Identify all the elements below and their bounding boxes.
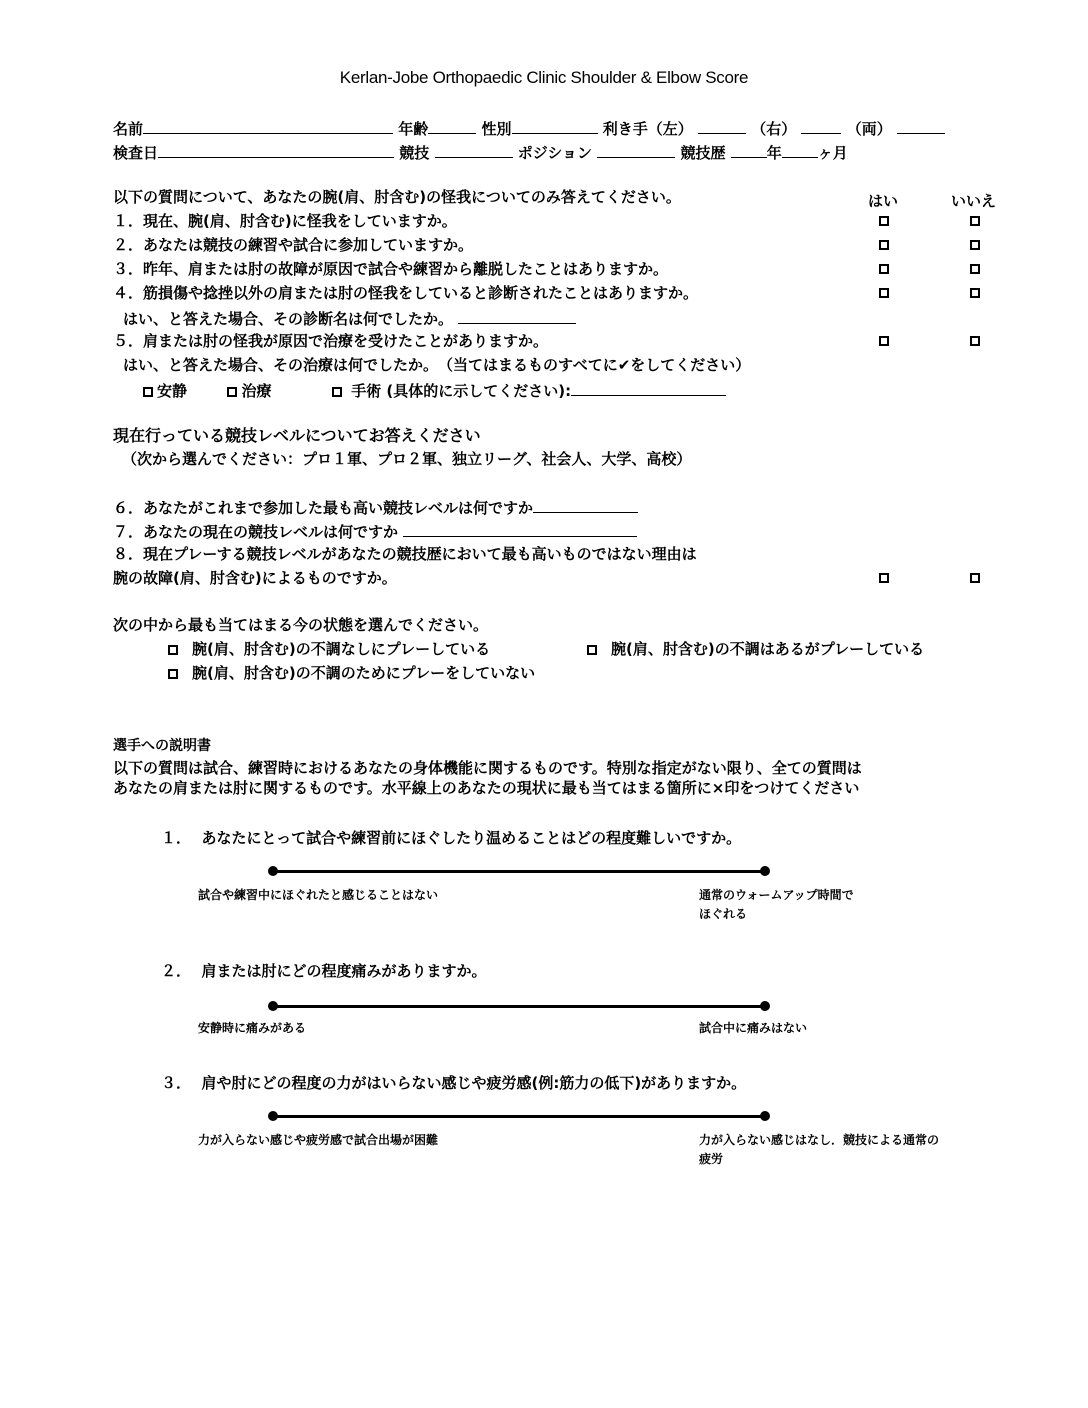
q5-no-checkbox[interactable]	[970, 336, 980, 346]
scale-1-left-endpoint-icon	[268, 866, 278, 876]
diagnosis-field[interactable]	[458, 310, 576, 324]
instructions-heading: 選手への説明書	[113, 739, 211, 753]
name-label: 名前	[113, 120, 143, 138]
status-option-1[interactable]: 腕(肩、肘含む)の不調なしにプレーしている	[168, 642, 490, 657]
level-options-hint: （次から選んでください：プロ１軍、プロ２軍、独立リーグ、社会人、大学、高校）	[122, 452, 691, 467]
scale-q1-text: あなたにとって試合や練習前にほぐしたり温めることはどの程度難しいですか。	[201, 829, 741, 847]
experience-months-field[interactable]	[782, 144, 818, 158]
q7-label: ７．あなたの現在の競技レベルは何ですか	[113, 523, 398, 541]
status-prompt: 次の中から最も当てはまる今の状態を選んでください。	[113, 618, 488, 633]
status-option-2-checkbox[interactable]	[587, 645, 597, 655]
position-label: ポジション	[518, 144, 592, 162]
scale-2-right-endpoint-icon	[760, 1001, 770, 1011]
question-2: ２．あなたは競技の練習や試合に参加していますか。	[113, 238, 473, 253]
status-option-3-checkbox[interactable]	[168, 669, 178, 679]
q4-followup: はい、と答えた場合、その診断名は何でしたか。	[123, 310, 576, 327]
q1-no-checkbox[interactable]	[970, 216, 980, 226]
scale-2-left-anchor: 安静時に痛みがある	[198, 1019, 448, 1038]
q5-yes-checkbox[interactable]	[879, 336, 889, 346]
sex-field[interactable]	[512, 120, 598, 134]
experience-label: 競技歴	[681, 144, 726, 162]
instructions-line-1: 以下の質問は試合、練習時におけるあなたの身体機能に関するものです。特別な指定がな…	[113, 761, 862, 776]
experience-years-field[interactable]	[731, 144, 767, 158]
scale-question-2: ２． 肩または肘にどの程度痛みがありますか。	[161, 964, 486, 979]
injury-instruction: 以下の質問について、あなたの腕(肩、肘含む)の怪我についてのみ答えてください。	[113, 190, 681, 205]
exam-date-field[interactable]	[158, 144, 394, 158]
scale-q2-number: ２．	[161, 962, 191, 980]
treatment-options: 安静 治療 手術 (具体的に示してください):	[143, 382, 726, 399]
exam-date-label: 検査日	[113, 144, 158, 162]
question-3: ３．昨年、肩または肘の故障が原因で試合や練習から離脱したことはありますか。	[113, 262, 668, 277]
q8-yes-checkbox[interactable]	[879, 573, 889, 583]
level-heading: 現在行っている競技レベルについてお答えください	[113, 428, 481, 444]
no-column-header: いいえ	[951, 190, 996, 211]
yes-column-header: はい	[868, 190, 898, 211]
handedness-both-label: （両）	[847, 120, 892, 138]
scale-3-left-anchor: 力が入らない感じや疲労感で試合出場が困難	[198, 1131, 448, 1150]
years-label: 年	[767, 144, 782, 162]
months-label: ヶ月	[818, 144, 848, 162]
therapy-label: 治療	[241, 382, 271, 400]
handedness-left-field[interactable]	[698, 120, 746, 134]
sex-label: 性別	[482, 120, 512, 138]
age-field[interactable]	[428, 120, 476, 134]
scale-2-left-endpoint-icon	[268, 1001, 278, 1011]
scale-2-right-anchor: 試合中に痛みはない	[699, 1019, 864, 1038]
q4-no-checkbox[interactable]	[970, 288, 980, 298]
q6-label: ６．あなたがこれまで参加した最も高い競技レベルは何ですか	[113, 499, 533, 517]
scale-3-right-endpoint-icon	[760, 1111, 770, 1121]
handedness-left-label: 利き手（左）	[603, 120, 693, 138]
scale-q3-text: 肩や肘にどの程度の力がはいらない感じや疲労感(例:筋力の低下)がありますか。	[201, 1074, 746, 1092]
question-8-line1: ８．現在プレーする競技レベルがあなたの競技歴において最も高いものではない理由は	[113, 547, 697, 562]
q2-yes-checkbox[interactable]	[879, 240, 889, 250]
handedness-right-label: （右）	[751, 120, 796, 138]
scale-3-left-endpoint-icon	[268, 1111, 278, 1121]
surgery-detail-field[interactable]	[571, 382, 726, 396]
rest-label: 安静	[157, 382, 187, 400]
handedness-both-field[interactable]	[897, 120, 945, 134]
handedness-right-field[interactable]	[801, 120, 841, 134]
therapy-checkbox[interactable]	[227, 387, 237, 397]
question-6: ６．あなたがこれまで参加した最も高い競技レベルは何ですか	[113, 499, 638, 516]
scale-1-track[interactable]	[273, 870, 765, 873]
status-option-2-label: 腕(肩、肘含む)の不調はあるがプレーしている	[611, 640, 924, 658]
q2-no-checkbox[interactable]	[970, 240, 980, 250]
status-option-3[interactable]: 腕(肩、肘含む)の不調のためにプレーをしていない	[168, 666, 535, 681]
sport-field[interactable]	[435, 144, 513, 158]
q5-followup: はい、と答えた場合、その治療は何でしたか。 （当てはまるものすべてに✔をしてくだ…	[123, 358, 750, 373]
scale-1-right-endpoint-icon	[760, 866, 770, 876]
question-5: ５．肩または肘の怪我が原因で治療を受けたことがありますか。	[113, 334, 548, 349]
scale-3-right-anchor: 力が入らない感じはなし．競技による通常の疲労	[699, 1131, 944, 1169]
rest-checkbox[interactable]	[143, 387, 153, 397]
scale-q3-number: ３．	[161, 1074, 191, 1092]
surgery-checkbox[interactable]	[332, 387, 342, 397]
scale-question-1: １． あなたにとって試合や練習前にほぐしたり温めることはどの程度難しいですか。	[161, 831, 741, 846]
age-label: 年齢	[398, 120, 428, 138]
question-7: ７．あなたの現在の競技レベルは何ですか	[113, 523, 637, 540]
q4-yes-checkbox[interactable]	[879, 288, 889, 298]
status-option-1-label: 腕(肩、肘含む)の不調なしにプレーしている	[192, 640, 490, 658]
question-4: ４．筋損傷や捻挫以外の肩または肘の怪我をしていると診断されたことはありますか。	[113, 286, 698, 301]
status-option-3-label: 腕(肩、肘含む)の不調のためにプレーをしていない	[192, 664, 535, 682]
q3-yes-checkbox[interactable]	[879, 264, 889, 274]
scale-2-track[interactable]	[273, 1005, 765, 1008]
header-row-2: 検査日 競技 ポジション 競技歴 年ヶ月	[113, 144, 848, 161]
surgery-label: 手術 (具体的に示してください):	[351, 382, 571, 400]
scale-q1-number: １．	[161, 829, 191, 847]
scale-1-left-anchor: 試合や練習中にほぐれたと感じることはない	[198, 886, 448, 905]
instructions-line-2: あなたの肩または肘に関するものです。水平線上のあなたの現状に最も当てはまる箇所に…	[113, 781, 859, 796]
scale-1-right-anchor: 通常のウォームアップ時間でほぐれる	[699, 886, 864, 924]
q4-followup-label: はい、と答えた場合、その診断名は何でしたか。	[123, 310, 453, 328]
scale-3-track[interactable]	[273, 1115, 765, 1118]
q1-yes-checkbox[interactable]	[879, 216, 889, 226]
status-option-2[interactable]: 腕(肩、肘含む)の不調はあるがプレーしている	[587, 642, 924, 657]
name-field[interactable]	[143, 120, 393, 134]
question-8-line2: 腕の故障(肩、肘含む)によるものですか。	[113, 571, 397, 586]
scale-q2-text: 肩または肘にどの程度痛みがありますか。	[201, 962, 486, 980]
position-field[interactable]	[597, 144, 675, 158]
question-1: １．現在、腕(肩、肘含む)に怪我をしていますか。	[113, 214, 457, 229]
highest-level-field[interactable]	[533, 499, 638, 513]
status-option-1-checkbox[interactable]	[168, 645, 178, 655]
header-row-1: 名前 年齢 性別 利き手（左） （右） （両）	[113, 120, 945, 137]
form-title: Kerlan-Jobe Orthopaedic Clinic Shoulder …	[0, 68, 1088, 88]
scale-question-3: ３． 肩や肘にどの程度の力がはいらない感じや疲労感(例:筋力の低下)がありますか…	[161, 1076, 746, 1091]
q8-no-checkbox[interactable]	[970, 573, 980, 583]
sport-label: 競技	[399, 144, 429, 162]
current-level-field[interactable]	[403, 523, 637, 537]
q3-no-checkbox[interactable]	[970, 264, 980, 274]
